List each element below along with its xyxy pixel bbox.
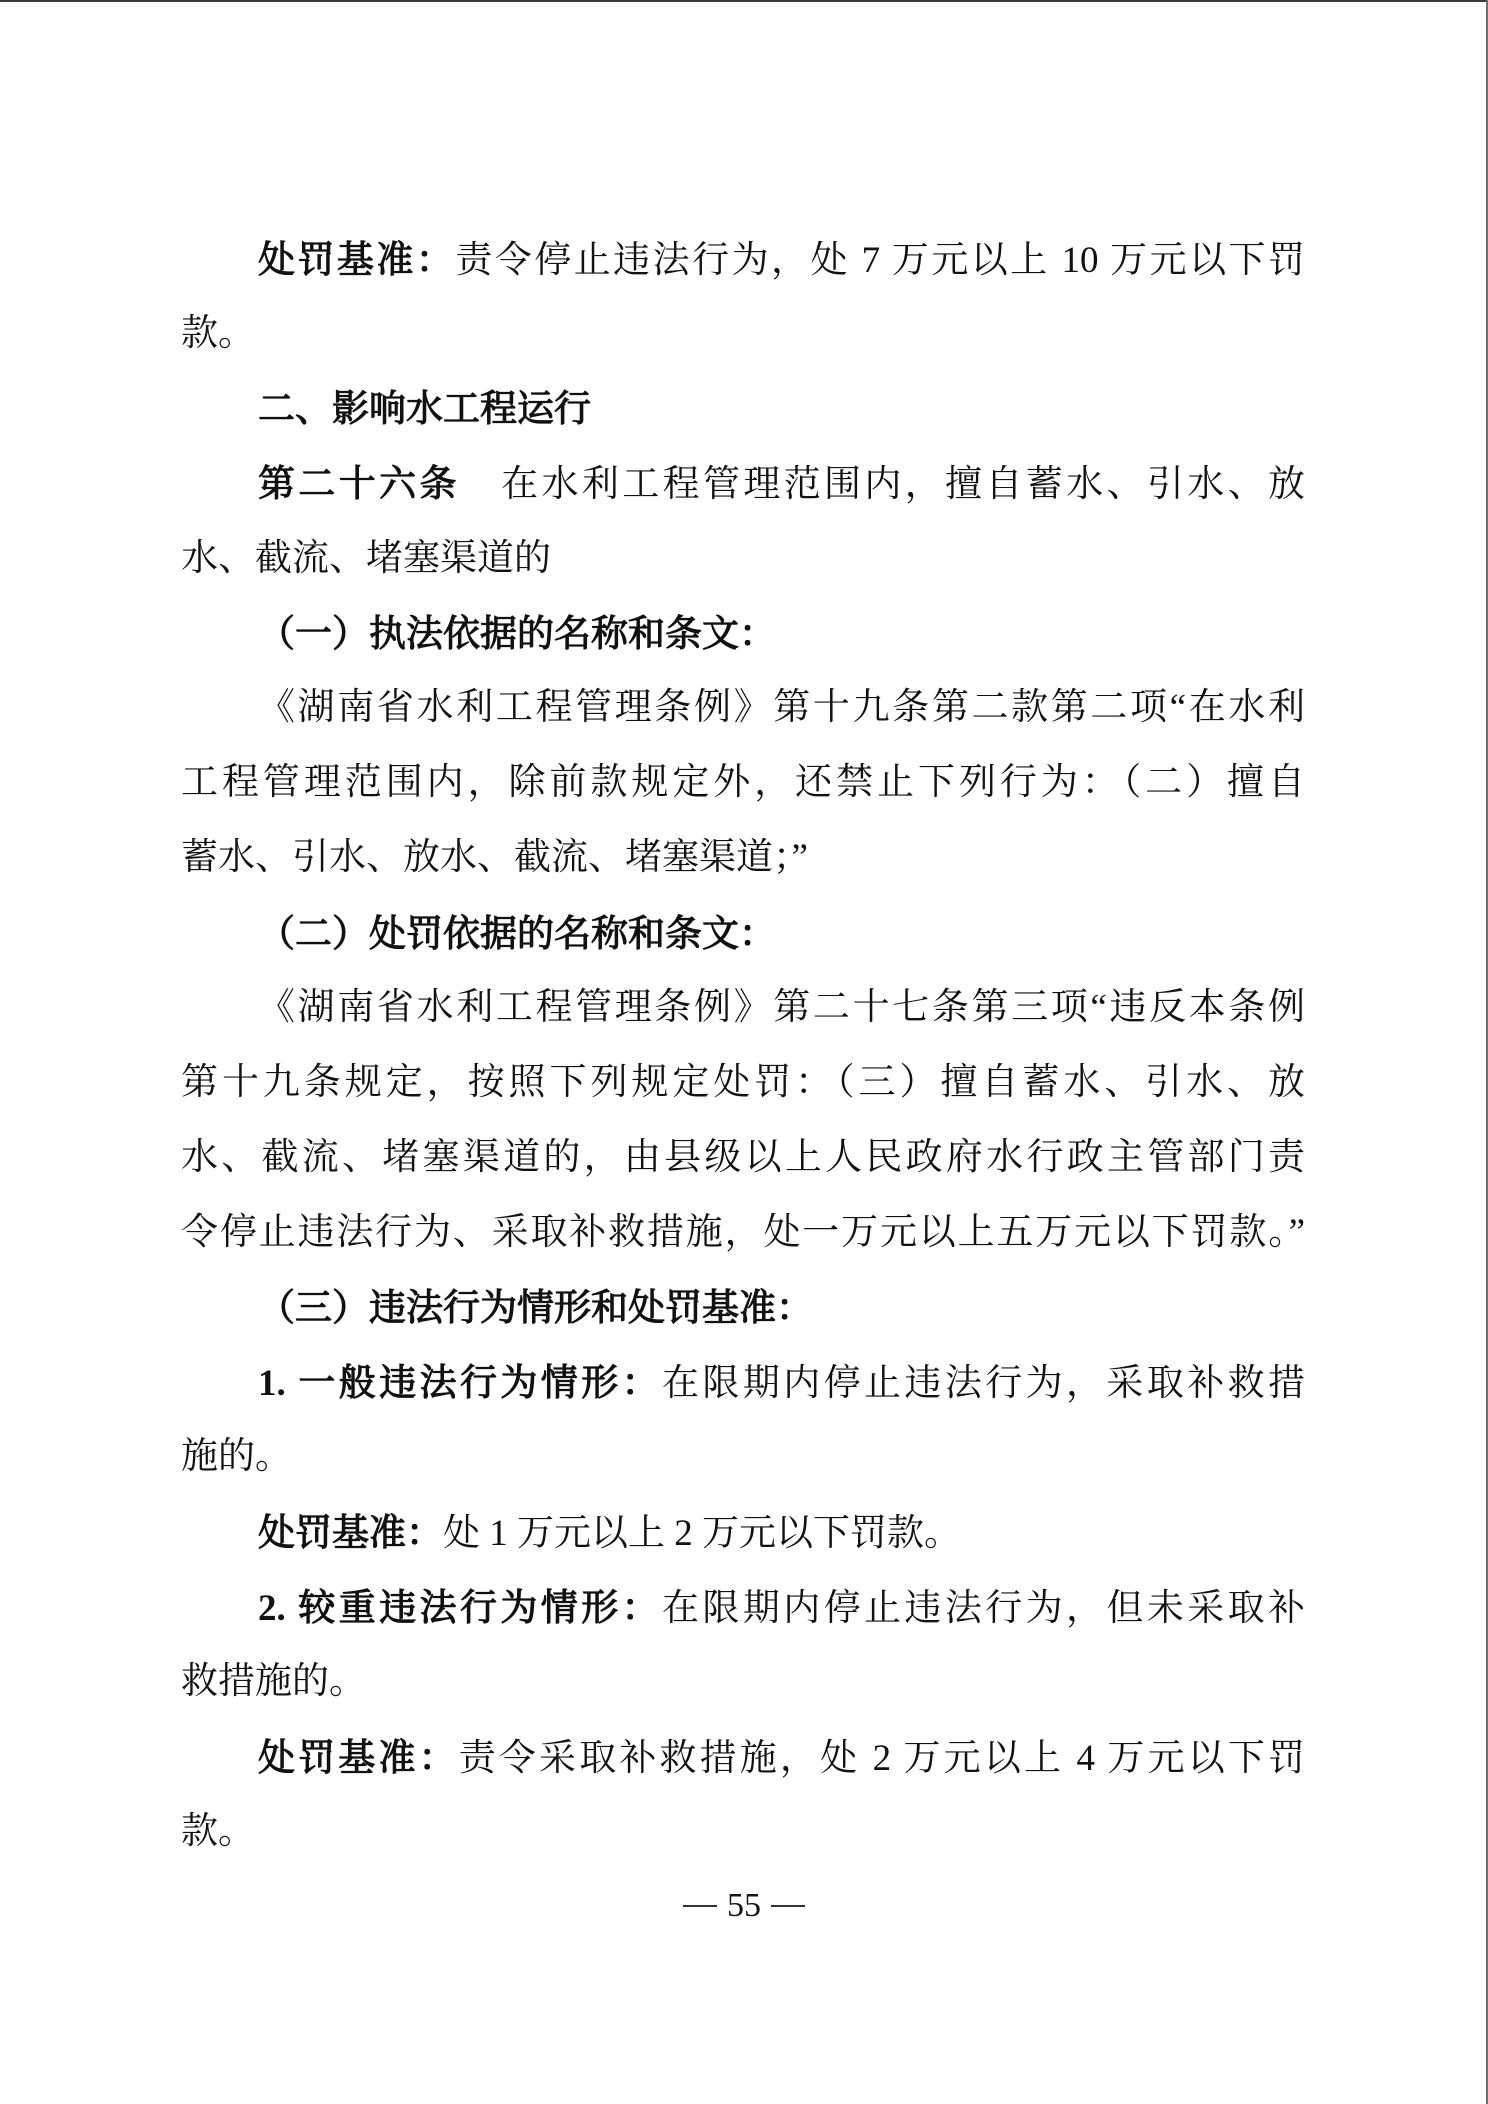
- article-line: 第二十六条在水利工程管理范围内，擅自蓄水、引水、放: [181, 447, 1305, 522]
- article-text: 在水利工程管理范围内，擅自蓄水、引水、放: [498, 464, 1305, 505]
- paragraph-line: 《湖南省水利工程管理条例》第二十七条第三项“违反本条例: [181, 971, 1305, 1046]
- item-number: 2.: [258, 1588, 286, 1629]
- subheading-violation-circumstances: （三）违法行为情形和处罚基准：: [181, 1270, 1305, 1345]
- paragraph-text: 工程管理范围内，除前款规定外，还禁止下列行为：（二）擅自: [181, 762, 1305, 803]
- page-number-dash-right: [771, 1905, 805, 1907]
- paragraph-text: 款。: [181, 1811, 255, 1852]
- page-number-value: 55: [727, 1887, 761, 1924]
- subheading-enforcement-basis: （一）执法依据的名称和条文：: [181, 596, 1305, 671]
- section-heading-text: 二、影响水工程运行: [258, 387, 591, 430]
- paragraph-text: 救措施的。: [181, 1661, 366, 1702]
- paragraph-text: 款。: [181, 313, 255, 354]
- article-number: 第二十六条: [258, 462, 460, 505]
- paragraph-text: 令停止违法行为、采取补救措施，处一万元以上五万元以下罚款。”: [181, 1212, 1305, 1253]
- paragraph-text: 在限期内停止违法行为，采取补救措: [662, 1363, 1305, 1404]
- paragraph-text: 第十九条规定，按照下列规定处罚：（三）擅自蓄水、引水、放: [181, 1062, 1305, 1103]
- paragraph-continuation: 款。: [181, 297, 1305, 372]
- penalty-standard-line: 处罚基准：责令停止违法行为，处 7 万元以上 10 万元以下罚: [181, 222, 1305, 297]
- paragraph-text: 水、截流、堵塞渠道的，由县级以上人民政府水行政主管部门责: [181, 1137, 1305, 1178]
- paragraph-text: 在限期内停止违法行为，但未采取补: [662, 1588, 1305, 1629]
- circumstance-label: 较重违法行为情形：: [298, 1585, 662, 1629]
- paragraph-line: 令停止违法行为、采取补救措施，处一万元以上五万元以下罚款。”: [181, 1196, 1305, 1271]
- circumstance-label: 一般违法行为情形：: [298, 1360, 662, 1404]
- subheading-penalty-basis: （二）处罚依据的名称和条文：: [181, 896, 1305, 971]
- paragraph-text: 《湖南省水利工程管理条例》第十九条第二款第二项“在水利: [258, 687, 1305, 728]
- subheading-text: （三）违法行为情形和处罚基准：: [258, 1285, 813, 1329]
- paragraph-continuation: 施的。: [181, 1420, 1305, 1495]
- paragraph-line: 工程管理范围内，除前款规定外，还禁止下列行为：（二）擅自: [181, 746, 1305, 821]
- paragraph-text: 责令采取补救措施，处 2 万元以上 4 万元以下罚: [459, 1738, 1305, 1779]
- paragraph-continuation: 救措施的。: [181, 1645, 1305, 1720]
- penalty-standard-label: 处罚基准：: [258, 1510, 443, 1554]
- penalty-standard-line: 处罚基准：责令采取补救措施，处 2 万元以上 4 万元以下罚: [181, 1720, 1305, 1795]
- paragraph-continuation: 水、截流、堵塞渠道的: [181, 522, 1305, 597]
- item-number: 1.: [258, 1363, 286, 1404]
- page-top-border: [0, 0, 1488, 2]
- page-number: 55: [0, 1886, 1488, 1926]
- penalty-standard-label: 处罚基准：: [258, 237, 455, 281]
- document-page-body: 处罚基准：责令停止违法行为，处 7 万元以上 10 万元以下罚 款。 二、影响水…: [181, 222, 1305, 1870]
- paragraph-text: 蓄水、引水、放水、截流、堵塞渠道；”: [181, 837, 808, 878]
- page-number-dash-left: [683, 1905, 717, 1907]
- subheading-text: （一）执法依据的名称和条文：: [258, 611, 776, 655]
- circumstance-general-line: 1. 一般违法行为情形：在限期内停止违法行为，采取补救措: [181, 1345, 1305, 1420]
- penalty-standard-label: 处罚基准：: [258, 1735, 459, 1779]
- paragraph-continuation: 款。: [181, 1795, 1305, 1870]
- paragraph-text: 责令停止违法行为，处 7 万元以上 10 万元以下罚: [455, 240, 1305, 281]
- paragraph-line: 第十九条规定，按照下列规定处罚：（三）擅自蓄水、引水、放: [181, 1046, 1305, 1121]
- section-heading: 二、影响水工程运行: [181, 372, 1305, 447]
- paragraph-line: 《湖南省水利工程管理条例》第十九条第二款第二项“在水利: [181, 671, 1305, 746]
- paragraph-text: 施的。: [181, 1436, 292, 1477]
- paragraph-continuation: 蓄水、引水、放水、截流、堵塞渠道；”: [181, 821, 1305, 896]
- article-text: 水、截流、堵塞渠道的: [181, 538, 551, 579]
- paragraph-text: 处 1 万元以上 2 万元以下罚款。: [443, 1513, 961, 1554]
- paragraph-text: 《湖南省水利工程管理条例》第二十七条第三项“违反本条例: [258, 987, 1305, 1028]
- subheading-text: （二）处罚依据的名称和条文：: [258, 911, 776, 955]
- circumstance-serious-line: 2. 较重违法行为情形：在限期内停止违法行为，但未采取补: [181, 1570, 1305, 1645]
- paragraph-line: 水、截流、堵塞渠道的，由县级以上人民政府水行政主管部门责: [181, 1121, 1305, 1196]
- penalty-standard-line: 处罚基准：处 1 万元以上 2 万元以下罚款。: [181, 1495, 1305, 1570]
